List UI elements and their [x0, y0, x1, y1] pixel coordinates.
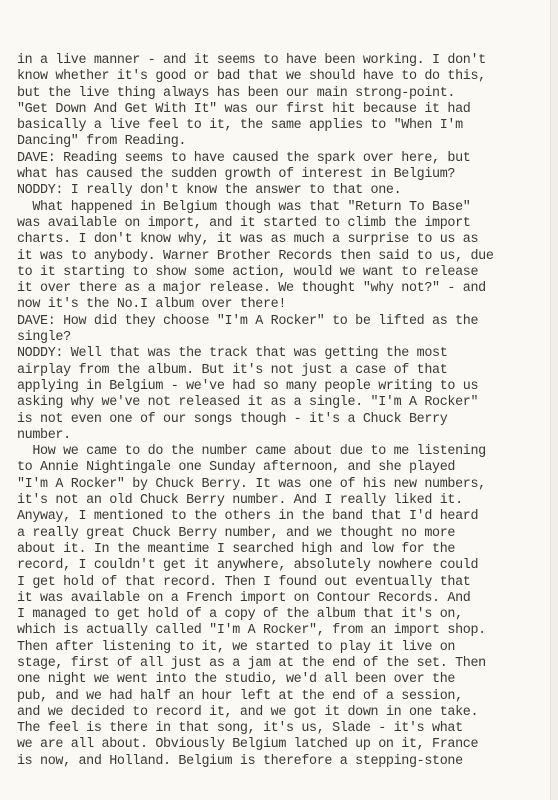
text-line: in a live manner - and it seems to have …	[17, 53, 547, 69]
text-line: Anyway, I mentioned to the others in the…	[17, 509, 547, 525]
text-line: was available on import, and it started …	[17, 216, 547, 232]
text-line: charts. I don't know why, it was as much…	[17, 232, 547, 248]
text-line: to Annie Nightingale one Sunday afternoo…	[17, 460, 547, 476]
text-line: DAVE: Reading seems to have caused the s…	[17, 151, 547, 167]
text-line: The feel is there in that song, it's us,…	[17, 721, 547, 737]
text-line: now it's the No.I album over there!	[17, 297, 547, 313]
interview-text: in a live manner - and it seems to have …	[17, 53, 547, 770]
text-line: NODDY: I really don't know the answer to…	[17, 183, 547, 199]
text-line: it over there as a major release. We tho…	[17, 281, 547, 297]
text-line: a really great Chuck Berry number, and w…	[17, 526, 547, 542]
text-line: number.	[17, 428, 547, 444]
text-line: NODDY: Well that was the track that was …	[17, 346, 547, 362]
text-line: it's not an old Chuck Berry number. And …	[17, 493, 547, 509]
text-line: what has caused the sudden growth of int…	[17, 167, 547, 183]
text-line: "Get Down And Get With It" was our first…	[17, 102, 547, 118]
typewritten-page: in a live manner - and it seems to have …	[0, 0, 550, 800]
text-line: Then after listening to it, we started t…	[17, 640, 547, 656]
text-line: to it starting to show some action, woul…	[17, 265, 547, 281]
text-line: about it. In the meantime I searched hig…	[17, 542, 547, 558]
text-line: I managed to get hold of a copy of the a…	[17, 607, 547, 623]
text-line: pub, and we had half an hour left at the…	[17, 689, 547, 705]
text-line: it was to anybody. Warner Brother Record…	[17, 249, 547, 265]
text-line: stage, first of all just as a jam at the…	[17, 656, 547, 672]
text-line: single?	[17, 330, 547, 346]
text-line: I get hold of that record. Then I found …	[17, 575, 547, 591]
text-line: which is actually called "I'm A Rocker",…	[17, 623, 547, 639]
text-line: is not even one of our songs though - it…	[17, 412, 547, 428]
text-line: it was available on a French import on C…	[17, 591, 547, 607]
text-line: How we came to do the number came about …	[17, 444, 547, 460]
text-line: is now, and Holland. Belgium is therefor…	[17, 754, 547, 770]
text-line: one night we went into the studio, we'd …	[17, 672, 547, 688]
page-edge	[550, 0, 558, 800]
text-line: and we decided to record it, and we got …	[17, 705, 547, 721]
text-line: record, I couldn't get it anywhere, abso…	[17, 558, 547, 574]
text-line: DAVE: How did they choose "I'm A Rocker"…	[17, 314, 547, 330]
text-line: applying in Belgium - we've had so many …	[17, 379, 547, 395]
text-line: "I'm A Rocker" by Chuck Berry. It was on…	[17, 477, 547, 493]
text-line: Dancing" from Reading.	[17, 134, 547, 150]
text-line: we are all about. Obviously Belgium latc…	[17, 737, 547, 753]
text-line: know whether it's good or bad that we sh…	[17, 69, 547, 85]
text-line: asking why we've not released it as a si…	[17, 395, 547, 411]
text-line: airplay from the album. But it's not jus…	[17, 363, 547, 379]
text-line: basically a live feel to it, the same ap…	[17, 118, 547, 134]
text-line: What happened in Belgium though was that…	[17, 200, 547, 216]
text-line: but the live thing always has been our m…	[17, 86, 547, 102]
